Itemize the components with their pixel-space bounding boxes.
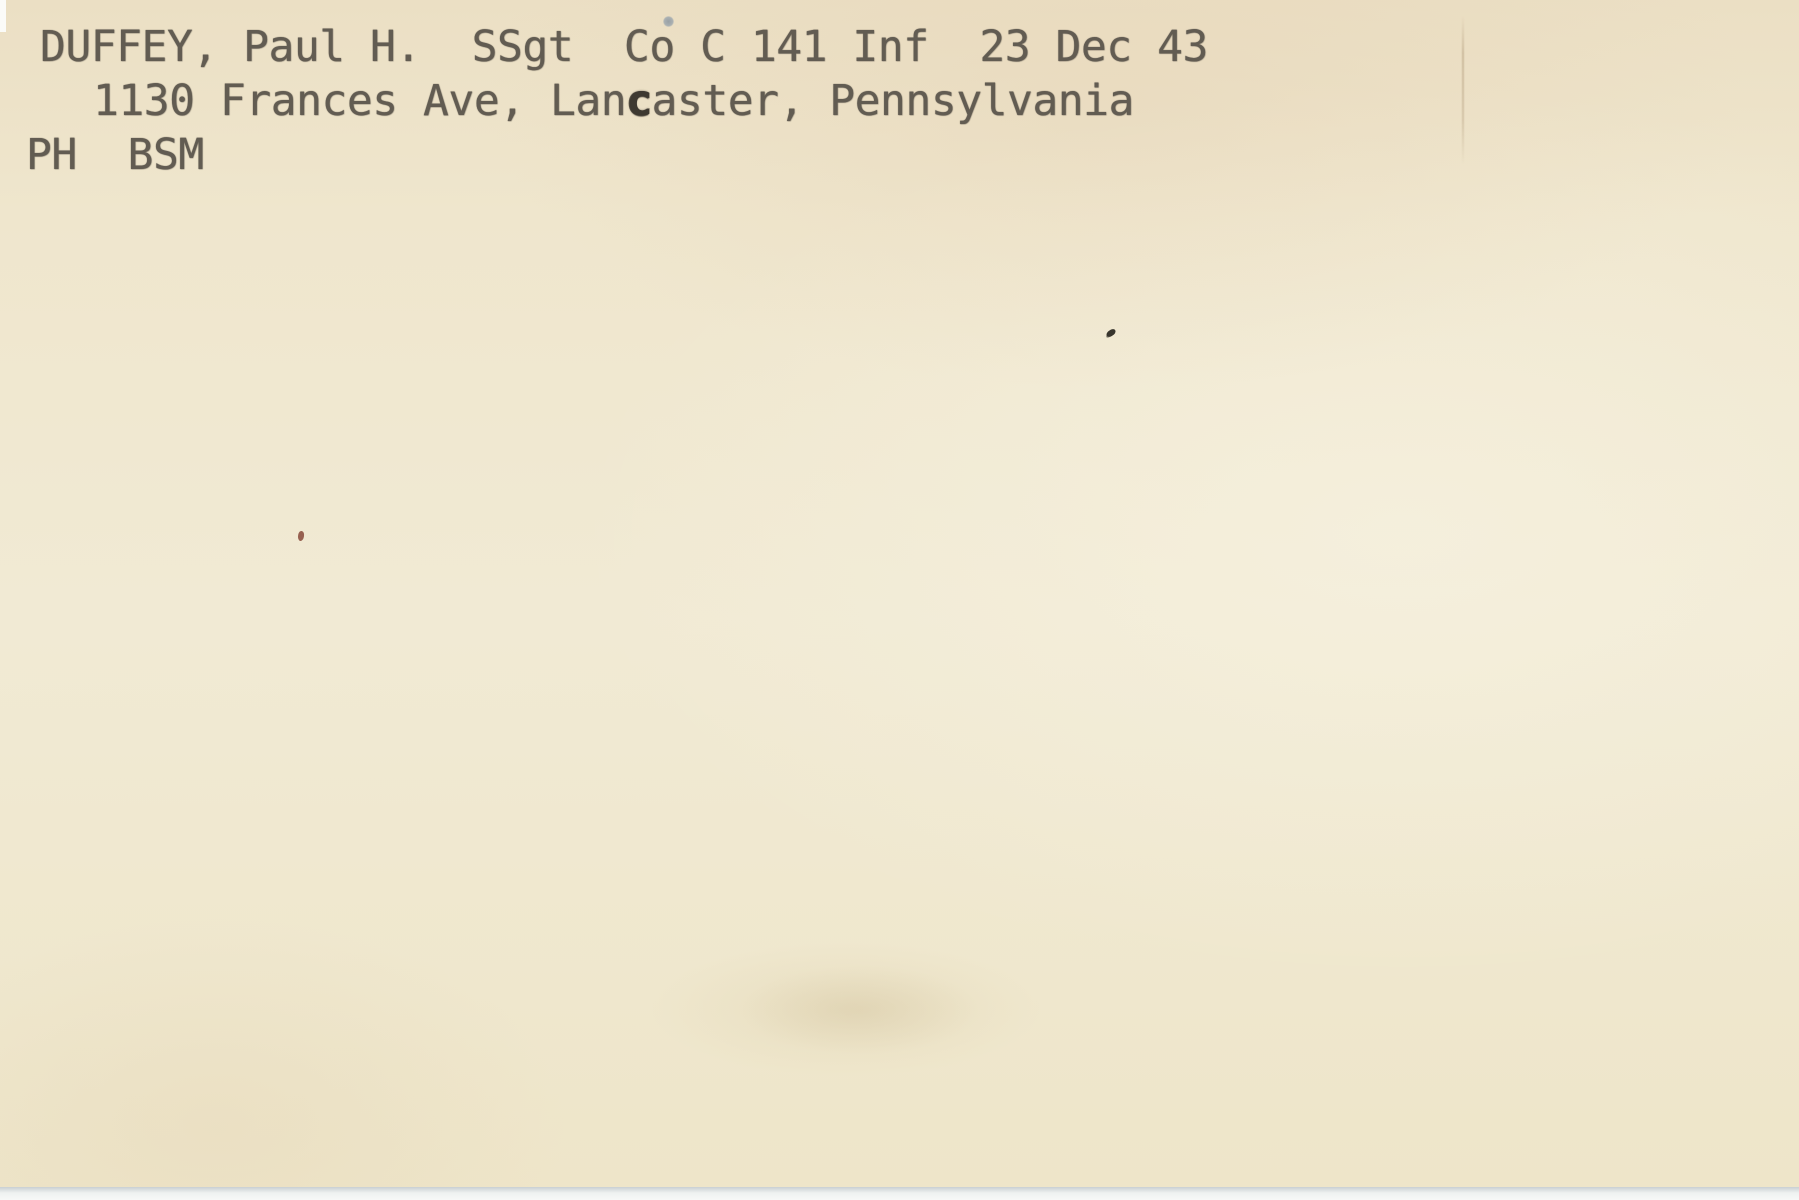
scanner-edge-strip	[0, 1187, 1799, 1200]
red-speck-mark	[297, 530, 305, 541]
ink-speck-mark	[1105, 328, 1117, 338]
overstruck-character: c	[626, 76, 651, 126]
address-text-after-overstrike: aster, Pennsylvania	[652, 76, 1134, 126]
gray-dot-mark	[663, 16, 674, 27]
address-text-before-overstrike: 1130 Frances Ave, Lan	[93, 76, 626, 126]
paper-crease	[1462, 16, 1464, 164]
typewritten-line-award-abbreviations: PH BSM	[26, 130, 204, 182]
typewritten-line-name-rank-unit-date: DUFFEY, Paul H. SSgt Co C 141 Inf 23 Dec…	[40, 22, 1208, 74]
typewritten-line-address: 1130 Frances Ave, Lancaster, Pennsylvani…	[93, 76, 1134, 128]
paper-smudge	[740, 965, 980, 1055]
index-card: DUFFEY, Paul H. SSgt Co C 141 Inf 23 Dec…	[0, 0, 1799, 1187]
scan-edge-sliver	[0, 0, 6, 32]
scanned-document: DUFFEY, Paul H. SSgt Co C 141 Inf 23 Dec…	[0, 0, 1799, 1200]
